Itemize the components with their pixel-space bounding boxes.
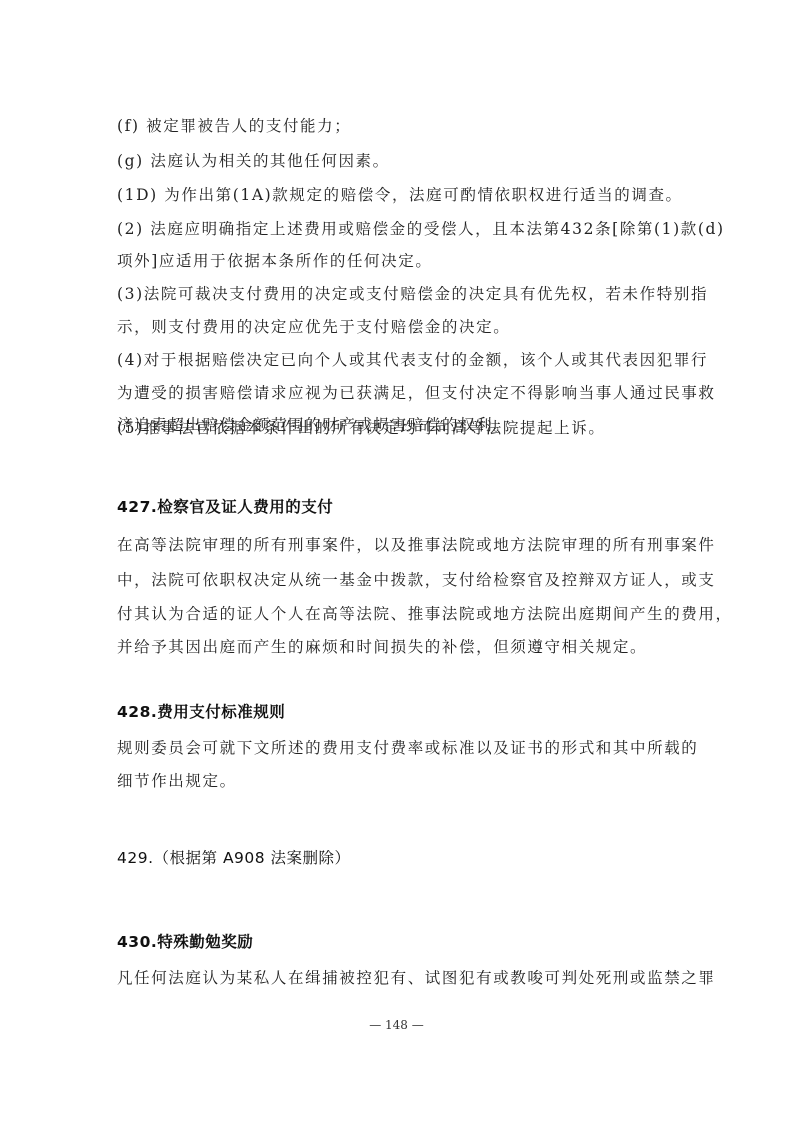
section-427-heading: 427.检察官及证人费用的支付 <box>117 497 333 517</box>
clause-4-line-2: 为遭受的损害赔偿请求应视为已获满足，但支付决定不得影响当事人通过民事救 <box>117 383 677 403</box>
clause-2-line-2: 项外]应适用于依据本条所作的任何决定。 <box>117 251 677 271</box>
clause-1d: (1D) 为作出第(1A)款规定的赔偿令，法庭可酌情依职权进行适当的调查。 <box>117 185 677 205</box>
section-428-body-line-2: 细节作出规定。 <box>117 771 677 791</box>
section-428-heading: 428.费用支付标准规则 <box>117 702 285 722</box>
clause-4-line-1: (4)对于根据赔偿决定已向个人或其代表支付的金额，该个人或其代表因犯罪行 <box>117 350 677 370</box>
clause-2-line-1: (2) 法庭应明确指定上述费用或赔偿金的受偿人，且本法第432条[除第(1)款(… <box>117 219 677 239</box>
clause-f: (f) 被定罪被告人的支付能力； <box>117 116 677 136</box>
clause-5: (5)推事法官依据本条作出的所有决定均可向高等法院提起上诉。 <box>117 418 677 438</box>
section-427-body-line-2: 中，法院可依职权决定从统一基金中拨款，支付给检察官及控辩双方证人，或支 <box>117 570 677 590</box>
section-430-body-line-1: 凡任何法庭认为某私人在缉捕被控犯有、试图犯有或教唆可判处死刑或监禁之罪 <box>117 968 677 988</box>
section-427-body-line-1: 在高等法院审理的所有刑事案件，以及推事法院或地方法院审理的所有刑事案件 <box>117 535 677 555</box>
section-430-heading: 430.特殊勤勉奖励 <box>117 932 253 952</box>
clause-g: (g) 法庭认为相关的其他任何因素。 <box>117 151 677 171</box>
section-427-body-line-4: 并给予其因出庭而产生的麻烦和时间损失的补偿，但须遵守相关规定。 <box>117 637 677 657</box>
clause-3-line-2: 示，则支付费用的决定应优先于支付赔偿金的决定。 <box>117 317 677 337</box>
page-number: — 148 — <box>0 1018 793 1032</box>
section-429-heading: 429.（根据第 A908 法案删除） <box>117 848 351 868</box>
document-page: (f) 被定罪被告人的支付能力； (g) 法庭认为相关的其他任何因素。 (1D)… <box>0 0 793 1122</box>
clause-3-line-1: (3)法院可裁决支付费用的决定或支付赔偿金的决定具有优先权，若未作特别指 <box>117 284 677 304</box>
section-427-body-line-3: 付其认为合适的证人个人在高等法院、推事法院或地方法院出庭期间产生的费用， <box>117 604 677 624</box>
section-428-body-line-1: 规则委员会可就下文所述的费用支付费率或标准以及证书的形式和其中所载的 <box>117 738 677 758</box>
